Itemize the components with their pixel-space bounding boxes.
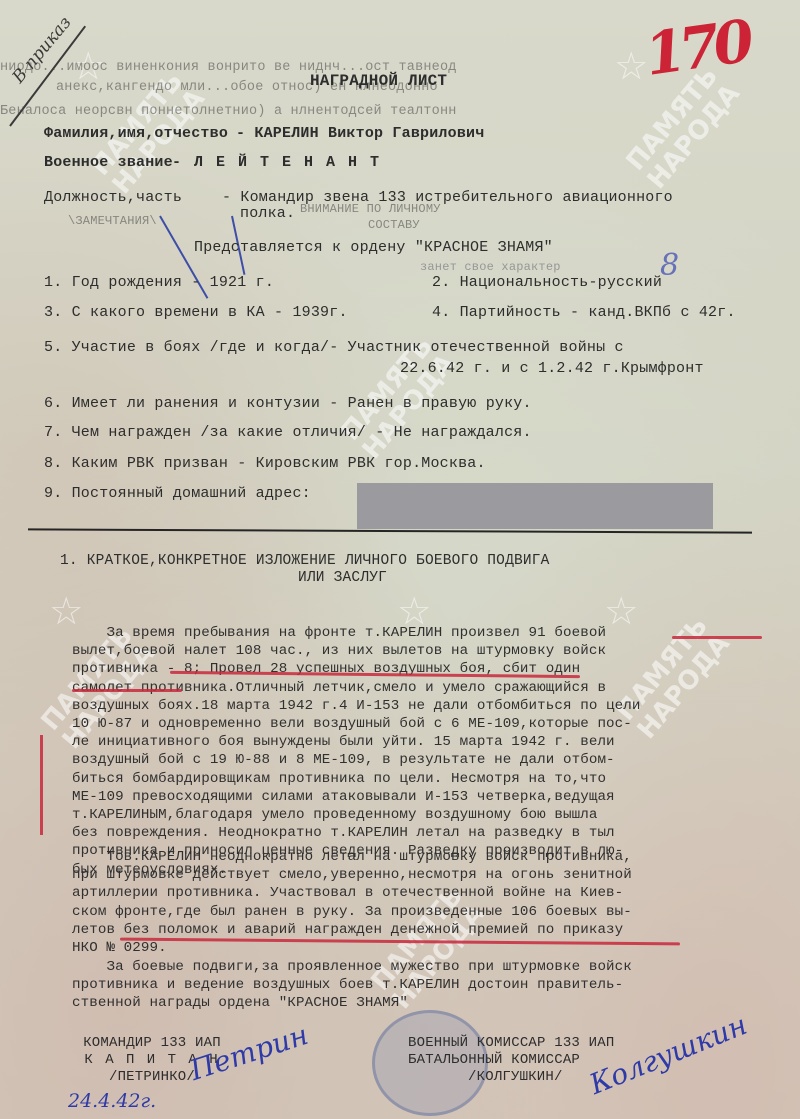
item-draft-office: 8. Каким РВК призван - Кировским РВК гор… [44,455,486,472]
section-heading: 1. КРАТКОЕ,КОНКРЕТНОЕ ИЗЛОЖЕНИЕ ЛИЧНОГО … [60,553,550,569]
item-birth-year: 1. Год рождения - 1921 г. [44,274,274,291]
recommendation-paragraph: За боевые подвиги,за проявленное мужеств… [72,958,632,1013]
position-value: - Командир звена 133 истребительного ави… [222,189,673,206]
red-underline [672,636,762,639]
handwritten-date: 24.4.42г. [68,1090,156,1112]
commander-signature: Петрин [186,1018,312,1087]
stamp-text-center: СОСТАВУ [368,218,420,232]
section-divider [28,528,752,533]
watermark-star-icon: ☆ [615,40,648,94]
rank-value: - Л Е Й Т Е Н А Н Т [172,154,381,171]
stamp-text-center: ВНИМАНИЕ ПО ЛИЧНОМУ [300,202,441,216]
award-sheet-page: ☆ ПАМЯТЬ НАРОДА ☆ ПАМЯТЬ НАРОДА ПАМЯТЬ Н… [0,0,800,1119]
overprint-line: Беналоса неорсвн поннетолнетнио) а нлнен… [0,104,457,119]
nominated-for: Представляется к ордену "КРАСНОЕ ЗНАМЯ" [194,239,553,256]
rank-label: Военное звание [44,154,173,171]
item-wounds: 6. Имеет ли ранения и контузии - Ранен в… [44,395,532,412]
red-underline [72,689,182,692]
item-awards: 7. Чем награжден /за какие отличия/ - Не… [44,424,532,441]
ghost-text: занет свое характер [420,260,561,274]
section-heading-continued: ИЛИ ЗАСЛУГ [298,570,387,586]
position-label: Должность,часть [44,189,182,206]
stamp-text-left: \ЗАМЕЧТАНИЯ\ [68,214,157,228]
name-value: - КАРЕЛИН Виктор Гаврилович [236,125,484,142]
item-home-address: 9. Постоянный домашний адрес: [44,485,311,502]
position-value-continued: полка. [240,205,295,222]
item-combat-participation-continued: 22.6.42 г. и с 1.2.42 г.Крымфронт [400,360,704,377]
document-title: НАГРАДНОЙ ЛИСТ [310,72,447,90]
red-margin-line [40,735,43,835]
item-party: 4. Партийность - канд.ВКПб с 42г. [432,304,736,321]
page-marker: 8 [660,248,679,283]
redacted-address-block [357,483,713,529]
signature-block-right: ВОЕННЫЙ КОМИССАР 133 ИАП БАТАЛЬОННЫЙ КОМ… [408,1035,614,1086]
red-file-number: 170 [641,7,753,89]
item-nationality: 2. Национальность-русский [432,274,662,291]
name-label: Фамилия,имя,отчество [44,125,228,142]
item-combat-participation: 5. Участие в боях /где и когда/- Участни… [44,339,624,356]
merit-paragraph-1: За время пребывания на фронте т.КАРЕЛИН … [72,624,641,879]
item-service-since: 3. С какого времени в КА - 1939г. [44,304,348,321]
